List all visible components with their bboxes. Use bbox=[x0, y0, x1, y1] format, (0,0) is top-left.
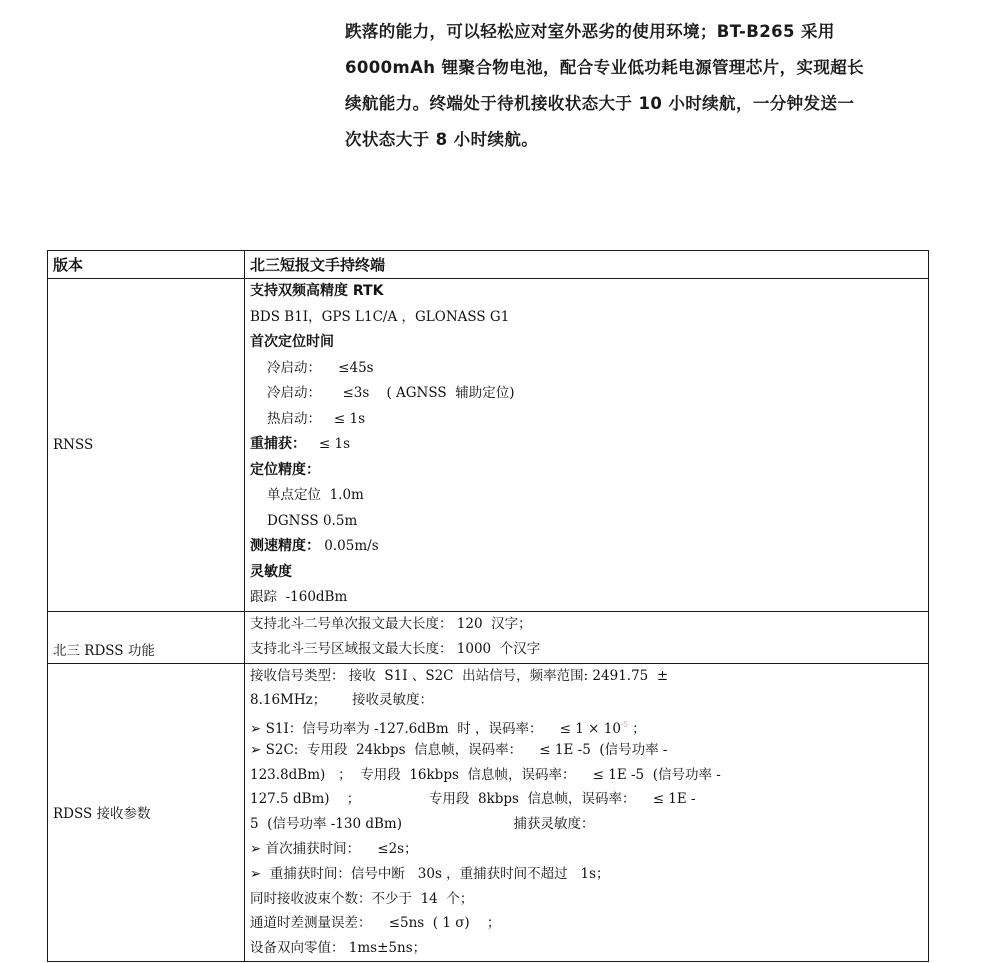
bd2-length: 支持北斗二号单次报文最大长度： 120 汉字； bbox=[250, 612, 923, 638]
single-point: 单点定位 1.0m bbox=[250, 483, 923, 509]
row-label-rdss-receive: RDSS 接收参数 bbox=[48, 663, 245, 962]
intro-line: 次状态大于 8 小时续航。 bbox=[345, 122, 940, 158]
reacq-time: ➢ 重捕获时间：信号中断 30s ，重捕获时间不超过 1s； bbox=[250, 862, 923, 887]
rtk-support: 支持双频高精度 RTK bbox=[250, 279, 923, 305]
s1i-ber-text: ➢ S1I：信号功率为 -127.6dBm 时 ，误码率： ≤ 1 × 10 bbox=[250, 721, 621, 737]
intro-line: 跌落的能力，可以轻松应对室外恶劣的使用环境；BT-B265 采用 bbox=[345, 14, 940, 50]
rx-signal-type: 接收信号类型： 接收 S1I 、S2C 出站信号，频率范围: 2491.75 ± bbox=[250, 664, 923, 689]
s2c-ber-16k: 123.8dBm) ； 专用段 16kbps 信息帧，误码率： ≤ 1E -5 … bbox=[250, 763, 923, 788]
hot-start: 热启动： ≤ 1s bbox=[250, 407, 923, 433]
dgnss: DGNSS 0.5m bbox=[250, 509, 923, 535]
first-acq-time: ➢ 首次捕获时间： ≤2s； bbox=[250, 837, 923, 862]
accuracy-title: 定位精度： bbox=[250, 458, 923, 484]
velocity-accuracy: 测速精度： 0.05m/s bbox=[250, 534, 923, 560]
s1i-ber: ➢ S1I：信号功率为 -127.6dBm 时 ，误码率： ≤ 1 × 10-5… bbox=[250, 713, 923, 738]
table-row-rdss-function: 北三 RDSS 功能 支持北斗二号单次报文最大长度： 120 汉字； 支持北斗三… bbox=[48, 611, 929, 663]
header-product: 北三短报文手持终端 bbox=[245, 251, 929, 279]
tracking: 跟踪 -160dBm bbox=[250, 585, 923, 611]
velocity-value: 0.05m/s bbox=[320, 538, 379, 554]
rx-sensitivity: 8.16MHz； 接收灵敏度： bbox=[250, 688, 923, 713]
s1i-ber-end: ； bbox=[628, 721, 646, 737]
two-way-zero: 设备双向零值： 1ms±5ns； bbox=[250, 936, 923, 961]
intro-line: 续航能力。终端处于待机接收状态大于 10 小时续航，一分钟发送一 bbox=[345, 86, 940, 122]
reacquisition: 重捕获： ≤ 1s bbox=[250, 432, 923, 458]
cold-start-agnss: 冷启动： ≤3s ( AGNSS 辅助定位) bbox=[250, 381, 923, 407]
row-label-rnss: RNSS bbox=[48, 279, 245, 612]
table-row-rnss: RNSS 支持双频高精度 RTK BDS B1I，GPS L1C/A ，GLON… bbox=[48, 279, 929, 612]
reacq-value: ≤ 1s bbox=[306, 436, 350, 452]
intro-line: 6000mAh 锂聚合物电池，配合专业低功耗电源管理芯片，实现超长 bbox=[345, 50, 940, 86]
spec-table: 版本 北三短报文手持终端 RNSS 支持双频高精度 RTK BDS B1I，GP… bbox=[47, 250, 929, 962]
ttff-title: 首次定位时间 bbox=[250, 330, 923, 356]
row-content-rdss-function: 支持北斗二号单次报文最大长度： 120 汉字； 支持北斗三号区域报文最大长度： … bbox=[245, 611, 929, 663]
s2c-ber-8k: 127.5 dBm) ； 专用段 8kbps 信息帧，误码率： ≤ 1E - bbox=[250, 787, 923, 812]
table-row-rdss-receive: RDSS 接收参数 接收信号类型： 接收 S1I 、S2C 出站信号，频率范围:… bbox=[48, 663, 929, 962]
bd3-length: 支持北斗三号区域报文最大长度： 1000 个汉字 bbox=[250, 637, 923, 663]
channel-timing-error: 通道时差测量误差： ≤5ns ( 1 σ) ； bbox=[250, 911, 923, 936]
header-version: 版本 bbox=[48, 251, 245, 279]
sensitivity-title: 灵敏度 bbox=[250, 560, 923, 586]
beam-count: 同时接收波束个数：不少于 14 个； bbox=[250, 887, 923, 912]
bands: BDS B1I，GPS L1C/A ，GLONASS G1 bbox=[250, 305, 923, 331]
reacq-label: 重捕获： bbox=[250, 436, 306, 452]
s2c-ber-24k: ➢ S2C: 专用段 24kbps 信息帧，误码率： ≤ 1E -5 (信号功率… bbox=[250, 738, 923, 763]
intro-paragraph: 跌落的能力，可以轻松应对室外恶劣的使用环境；BT-B265 采用 6000mAh… bbox=[345, 14, 940, 158]
row-content-rdss-receive: 接收信号类型： 接收 S1I 、S2C 出站信号，频率范围: 2491.75 ±… bbox=[245, 663, 929, 962]
exponent: -5 bbox=[621, 721, 628, 729]
row-label-rdss-function: 北三 RDSS 功能 bbox=[48, 611, 245, 663]
row-content-rnss: 支持双频高精度 RTK BDS B1I，GPS L1C/A ，GLONASS G… bbox=[245, 279, 929, 612]
table-header-row: 版本 北三短报文手持终端 bbox=[48, 251, 929, 279]
acq-sensitivity: 5 (信号功率 -130 dBm) 捕获灵敏度： bbox=[250, 812, 923, 837]
cold-start: 冷启动： ≤45s bbox=[250, 356, 923, 382]
velocity-label: 测速精度： bbox=[250, 538, 320, 554]
